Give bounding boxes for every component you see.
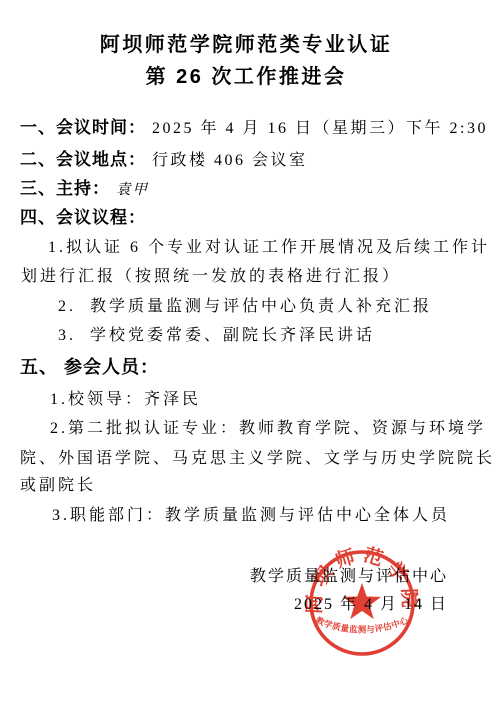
meeting-time-line: 一、会议时间：2025 年 4 月 16 日（星期三）下午 2:30 xyxy=(20,117,488,140)
meeting-time-label: 一、会议时间： xyxy=(20,118,146,137)
participants-departments: 3.职能部门：教学质量监测与评估中心全体人员 xyxy=(52,505,450,527)
agenda-item-2: 2. 教学质量监测与评估中心负责人补充汇报 xyxy=(58,296,432,318)
participants-colleges-line1: 2.第二批拟认证专业：教师教育学院、资源与环境学 xyxy=(50,418,486,440)
seal-department-arc-text: 教学质量监测与评估中心 xyxy=(313,614,410,635)
agenda-heading: 四、会议议程： xyxy=(20,207,146,230)
agenda-item-1-line1: 1.拟认证 6 个专业对认证工作开展情况及后续工作计 xyxy=(48,237,490,259)
participants-heading: 五、 参会人员： xyxy=(20,356,159,380)
meeting-place-label: 二、会议地点： xyxy=(20,150,146,169)
signature-date: 2025 年 4 月 14 日 xyxy=(294,594,448,616)
participants-colleges-line2: 院、外国语学院、马克思主义学院、文学与历史学院院长 xyxy=(20,448,492,470)
document-title-line1: 阿坝师范学院师范类专业认证 xyxy=(0,28,492,57)
meeting-host-value: 袁甲 xyxy=(110,182,149,198)
meeting-notice-document: 阿坝师范学院师范类专业认证 第 26 次工作推进会 一、会议时间：2025 年 … xyxy=(0,0,492,702)
agenda-item-3: 3. 学校党委常委、副院长齐泽民讲话 xyxy=(58,325,375,347)
agenda-item-1-line2: 划进行汇报（按照统一发放的表格进行汇报） xyxy=(21,266,401,288)
meeting-time-value: 2025 年 4 月 16 日（星期三）下午 2:30 xyxy=(146,120,488,137)
participants-heading-label: 五、 参会人员： xyxy=(20,357,159,377)
participants-colleges-line3: 或副院长 xyxy=(20,475,96,497)
meeting-host-label: 三、主持： xyxy=(20,179,110,198)
participants-leaders: 1.校领导：齐泽民 xyxy=(50,389,201,411)
document-title-line2: 第 26 次工作推进会 xyxy=(0,60,492,89)
meeting-place-value: 行政楼 406 会议室 xyxy=(146,152,308,169)
signature-department: 教学质量监测与评估中心 xyxy=(250,566,448,588)
meeting-place-line: 二、会议地点：行政楼 406 会议室 xyxy=(20,149,308,172)
meeting-host-line: 三、主持：袁甲 xyxy=(20,178,149,201)
agenda-heading-label: 四、会议议程： xyxy=(20,208,146,227)
